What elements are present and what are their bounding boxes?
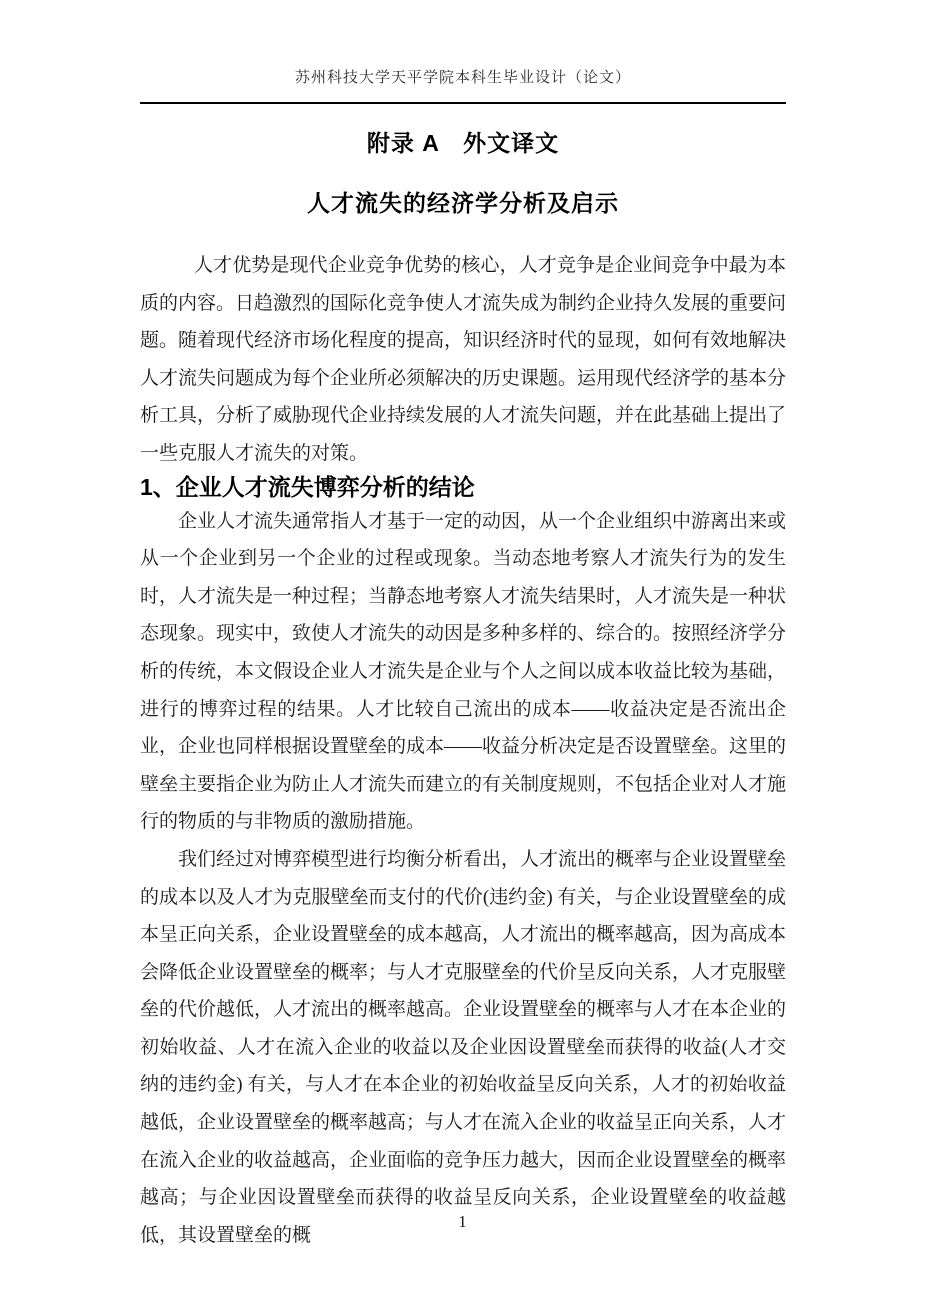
page-number: 1 [458,1212,467,1231]
document-body: 人才优势是现代企业竞争优势的核心，人才竞争是企业间竞争中最为本质的内容。日趋激烈… [140,247,786,1254]
running-header: 苏州科技大学天平学院本科生毕业设计（论文） [140,0,786,104]
appendix-title: 附录 A 外文译文 [140,128,786,158]
section-paragraph-1: 企业人才流失通常指人才基于一定的动因，从一个企业组织中游离出来或从一个企业到另一… [140,503,786,841]
page-footer: 1 [0,1212,925,1232]
section-paragraph-2: 我们经过对博弈模型进行均衡分析看出，人才流出的概率与企业设置壁垒的成本以及人才为… [140,841,786,1255]
document-page: 苏州科技大学天平学院本科生毕业设计（论文） 附录 A 外文译文 人才流失的经济学… [0,0,925,1309]
text-column: 苏州科技大学天平学院本科生毕业设计（论文） 附录 A 外文译文 人才流失的经济学… [140,0,786,1254]
article-title: 人才流失的经济学分析及启示 [140,188,786,218]
section-heading: 1、企业人才流失博弈分析的结论 [140,473,786,501]
running-header-title: 苏州科技大学天平学院本科生毕业设计（论文） [295,70,631,86]
intro-paragraph: 人才优势是现代企业竞争优势的核心，人才竞争是企业间竞争中最为本质的内容。日趋激烈… [140,247,786,473]
